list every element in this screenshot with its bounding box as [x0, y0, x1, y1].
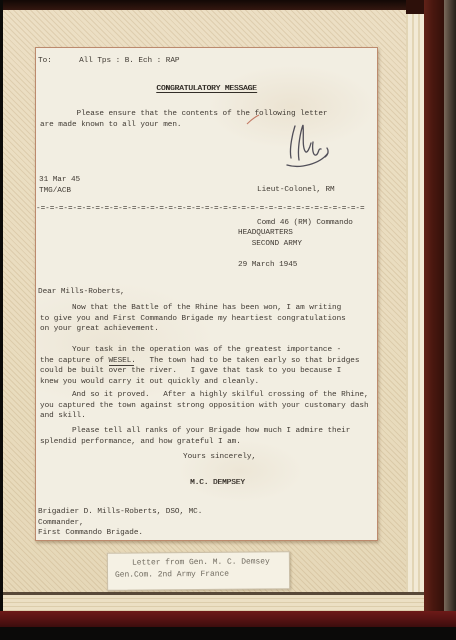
caption-slip: Letter from Gen. M. C. Demsey Gen.Com. 2… — [107, 551, 290, 591]
addressee-block: Brigadier D. Mills-Roberts, DSO, MC. Com… — [38, 507, 202, 539]
letter-heading: CONGRATULATORY MESSAGE — [36, 84, 377, 95]
letter-to-line: To: All Tps : B. Ech : RAP — [38, 56, 179, 67]
scan-background-bottom — [0, 627, 456, 640]
stacked-page-edges-bottom — [3, 595, 424, 611]
letter-salutation: Dear Mills-Roberts, — [38, 287, 125, 298]
caption-line-1: Letter from Gen. M. C. Demsey — [132, 556, 270, 569]
caption-line-2: Gen.Com. 2nd Army France — [115, 569, 229, 582]
letter-date-reference: 31 Mar 45 TMG/ACB — [39, 175, 80, 196]
book-cover-right-edge — [424, 0, 444, 627]
wesel-underline — [109, 365, 134, 366]
scanned-album-page: To: All Tps : B. Ech : RAP CONGRATULATOR… — [0, 0, 456, 640]
letter-closing: Yours sincerely, — [183, 452, 256, 463]
letter-paragraph-1: Now that the Battle of the Rhine has bee… — [40, 303, 346, 335]
letter-paragraph-3: And so it proved. After a highly skilful… — [40, 390, 369, 422]
book-cover-corner — [406, 0, 424, 14]
book-cover-top-edge — [0, 0, 424, 10]
letter-paragraph-2: Your task in the operation was of the gr… — [40, 345, 359, 388]
stacked-page-edges-right — [406, 12, 424, 602]
letter-paragraph-4: Please tell all ranks of your Brigade ho… — [40, 426, 350, 447]
signature-name: M.C. DEMPSEY — [190, 478, 245, 489]
letter-paper: To: All Tps : B. Ech : RAP CONGRATULATOR… — [35, 47, 378, 541]
scan-shadow-right — [444, 0, 456, 627]
scan-left-edge — [0, 0, 3, 640]
signer-unit: Comd 46 (RM) Commando — [257, 218, 353, 229]
headquarters-block: HEADQUARTERS SECOND ARMY 29 March 1945 — [238, 228, 302, 271]
red-pencil-tick-icon — [246, 114, 260, 126]
book-cover-bottom-edge — [0, 611, 456, 627]
signer-rank: Lieut-Colonel, RM — [257, 185, 353, 196]
typed-divider-line: -=-=-=-=-=-=-=-=-=-=-=-=-=-=-=-=-=-=-=-=… — [36, 204, 377, 215]
